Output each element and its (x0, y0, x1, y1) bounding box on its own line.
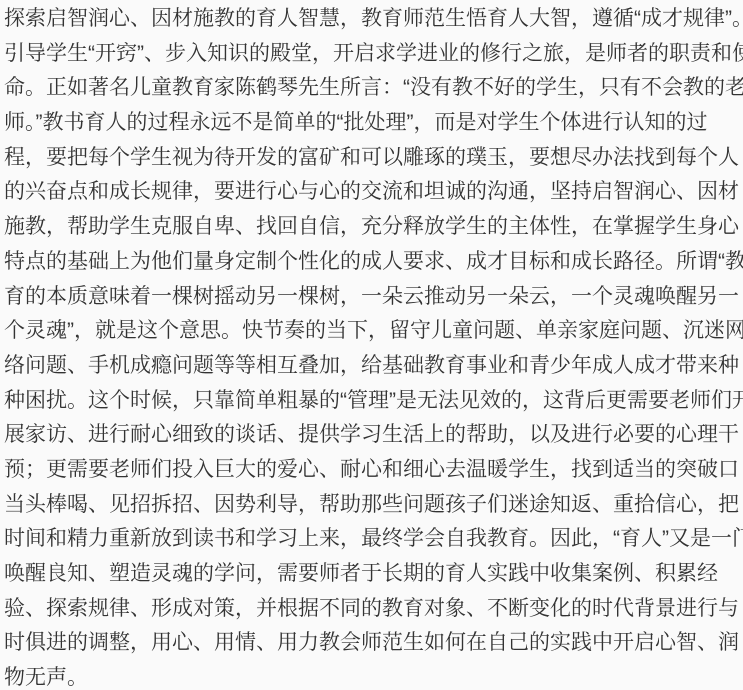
text-line: 络问题、手机成瘾问题等等相互叠加，给基础教育事业和青少年成人成才带来种 (4, 349, 743, 384)
text-line: 展家访、进行耐心细致的谈话、提供学习生活上的帮助，以及进行必要的心理干 (4, 418, 743, 453)
text-line: 个灵魂”，就是这个意思。快节奏的当下，留守儿童问题、单亲家庭问题、沉迷网 (4, 314, 743, 349)
text-line: 程，要把每个学生视为待开发的富矿和可以雕琢的璞玉，要想尽办法找到每个人 (4, 141, 743, 176)
text-line: 验、探索规律、形成对策，并根据不同的教育对象、不断变化的时代背景进行与 (4, 592, 743, 627)
text-line: 时俱进的调整，用心、用情、用力教会师范生如何在自己的实践中开启心智、润 (4, 626, 743, 661)
text-line: 施教，帮助学生克服自卑、找回自信，充分释放学生的主体性，在掌握学生身心 (4, 210, 743, 245)
text-line: 探索启智润心、因材施教的育人智慧，教育师范生悟育人大智，遵循“成才规律”。 (4, 2, 743, 37)
article-text: 探索启智润心、因材施教的育人智慧，教育师范生悟育人大智，遵循“成才规律”。 引导… (0, 0, 743, 690)
text-line: 引导学生“开窍”、步入知识的殿堂，开启求学进业的修行之旅，是师者的职责和使 (4, 37, 743, 72)
text-line: 师。”教书育人的过程永远不是简单的“批处理”，而是对学生个体进行认知的过 (4, 106, 743, 141)
text-line: 特点的基础上为他们量身定制个性化的成人要求、成才目标和成长路径。所谓“教 (4, 245, 743, 280)
text-line: 物无声。 (4, 661, 743, 690)
text-line: 种困扰。这个时候，只靠简单粗暴的“管理”是无法见效的，这背后更需要老师们开 (4, 384, 743, 419)
text-line: 时间和精力重新放到读书和学习上来，最终学会自我教育。因此，“育人”又是一门 (4, 522, 743, 557)
text-line: 命。正如著名儿童教育家陈鹤琴先生所言：“没有教不好的学生，只有不会教的老 (4, 71, 743, 106)
text-line: 当头棒喝、见招拆招、因势利导，帮助那些问题孩子们迷途知返、重拾信心，把 (4, 488, 743, 523)
text-line: 唤醒良知、塑造灵魂的学问，需要师者于长期的育人实践中收集案例、积累经 (4, 557, 743, 592)
text-line: 育的本质意味着一棵树摇动另一棵树，一朵云推动另一朵云，一个灵魂唤醒另一 (4, 280, 743, 315)
text-line: 预；更需要老师们投入巨大的爱心、耐心和细心去温暖学生，找到适当的突破口 (4, 453, 743, 488)
text-line: 的兴奋点和成长规律，要进行心与心的交流和坦诚的沟通，坚持启智润心、因材 (4, 175, 743, 210)
